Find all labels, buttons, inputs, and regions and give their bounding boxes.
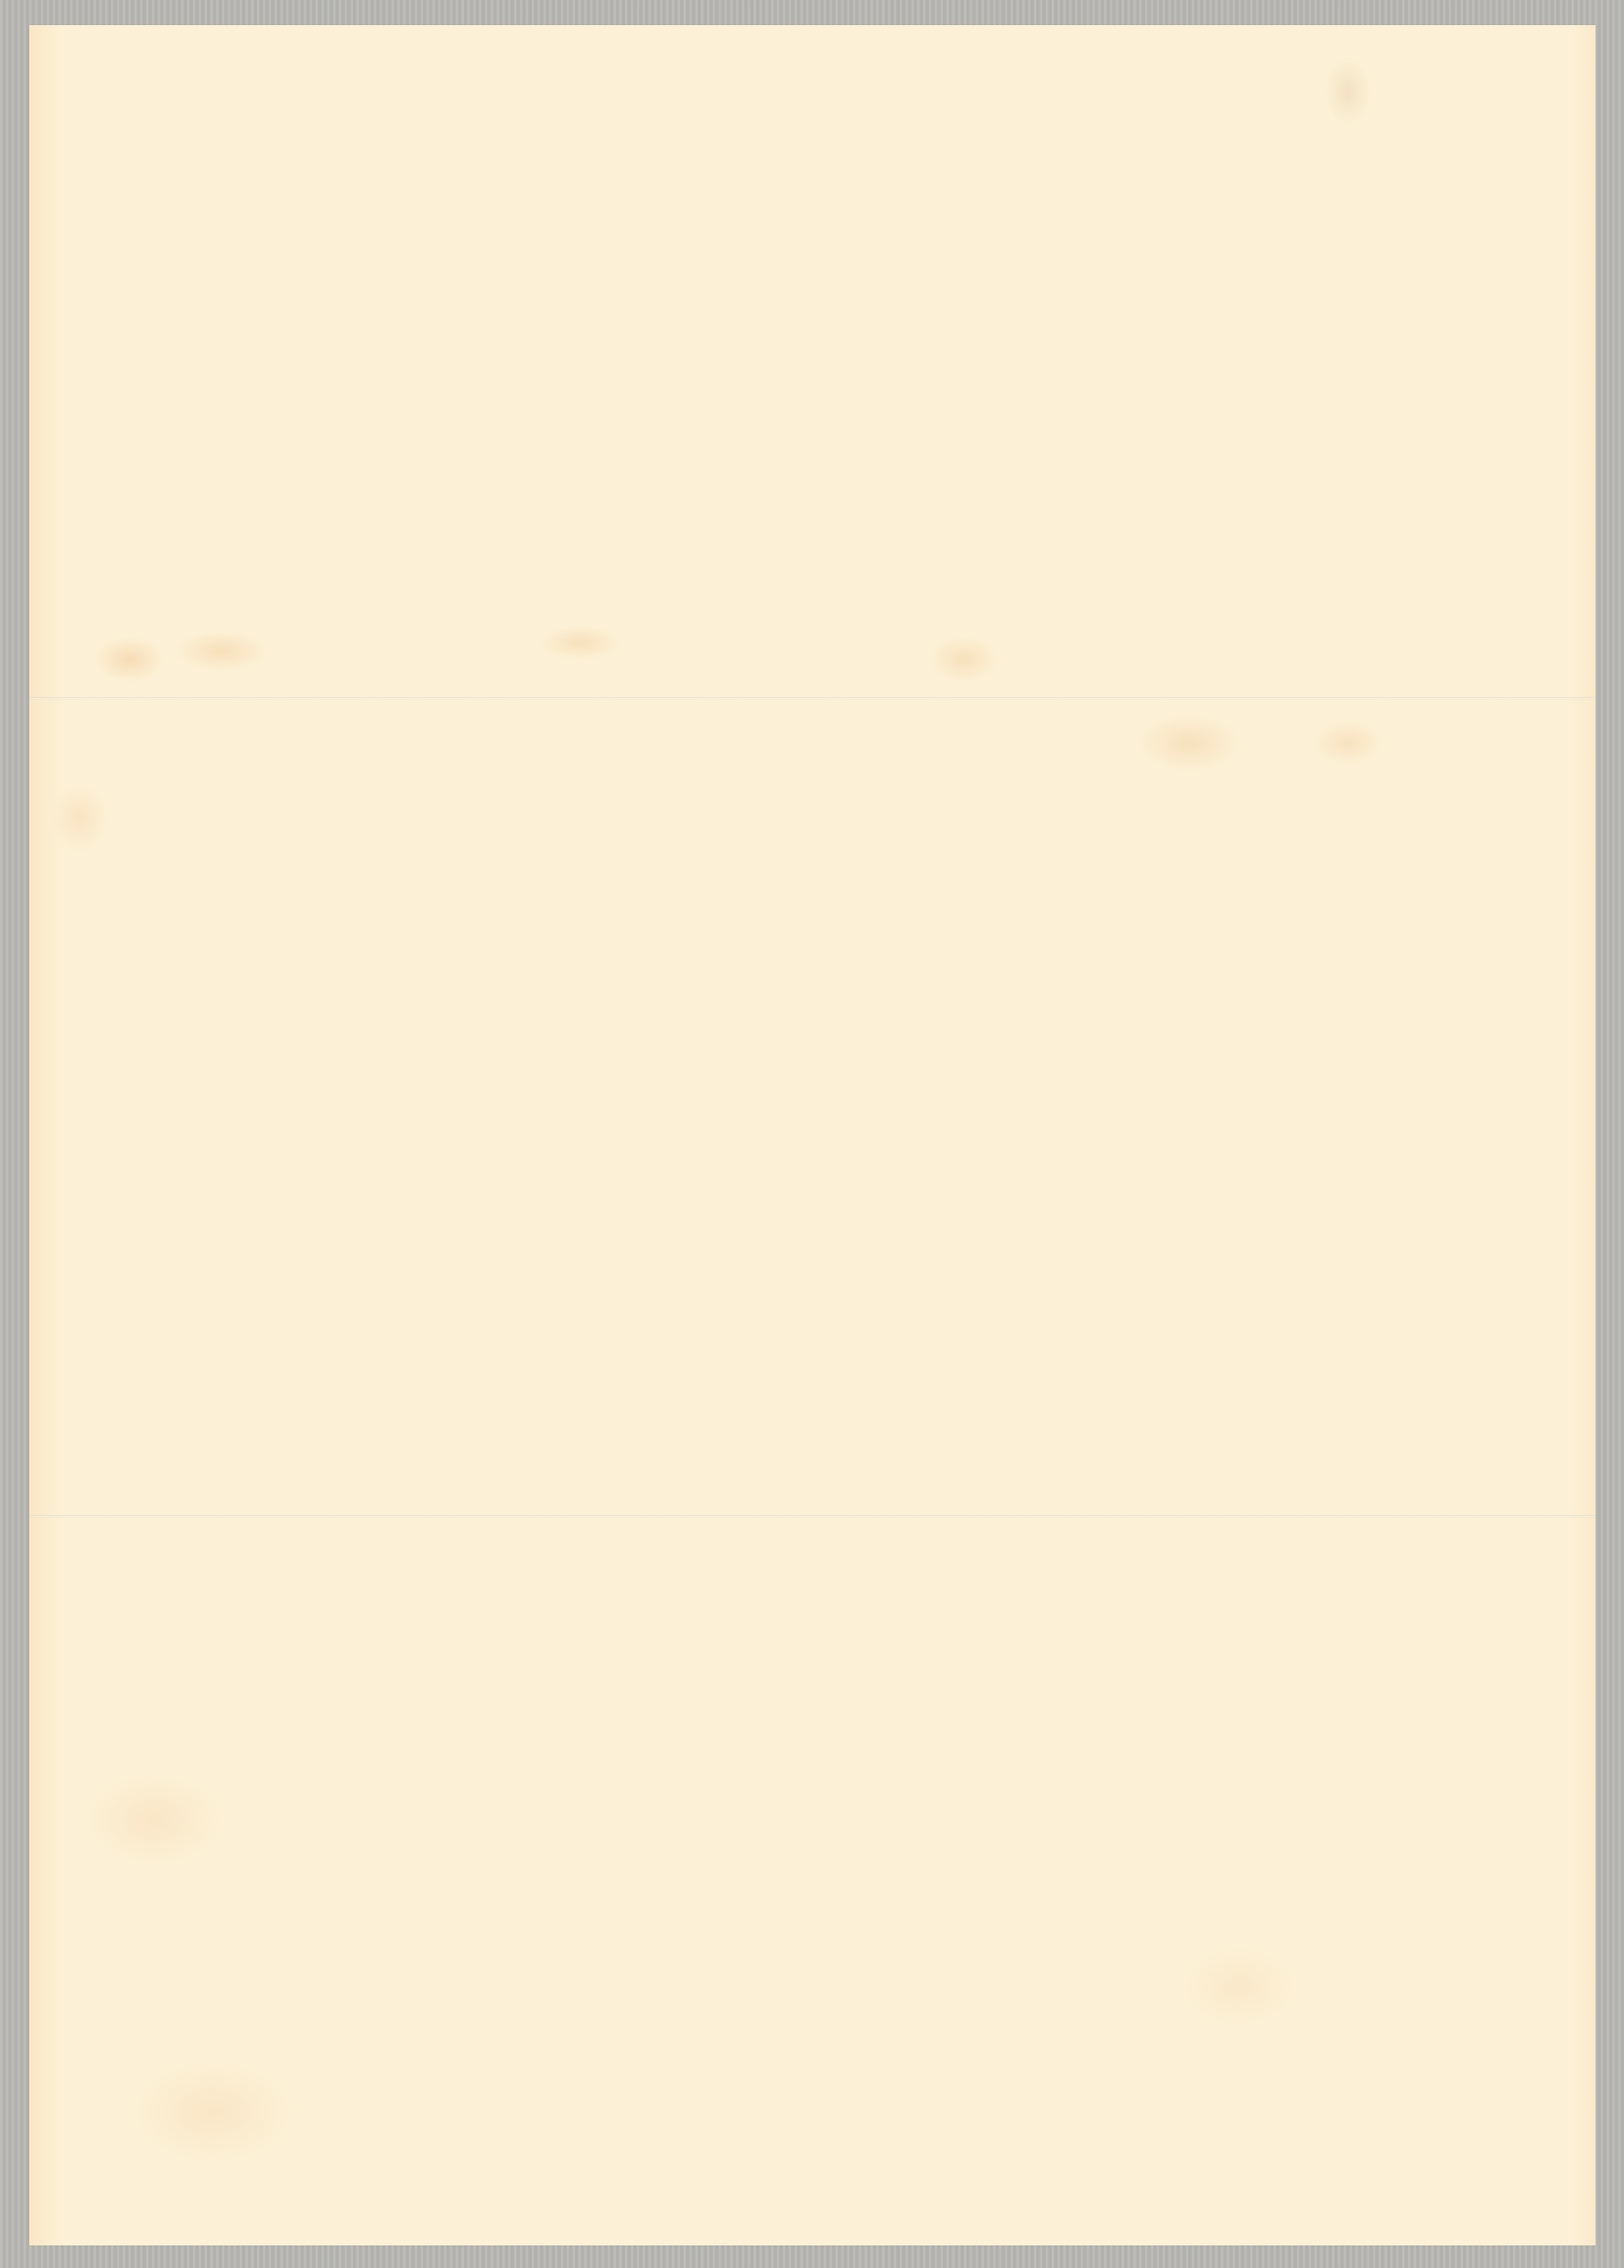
paper-sheet: Blank aged paper with foxing stains and … [29,25,1596,2245]
fold-line-lower [29,1515,1596,1518]
document-description: Blank aged paper with foxing stains and … [29,25,30,26]
fold-line-upper [29,697,1596,700]
